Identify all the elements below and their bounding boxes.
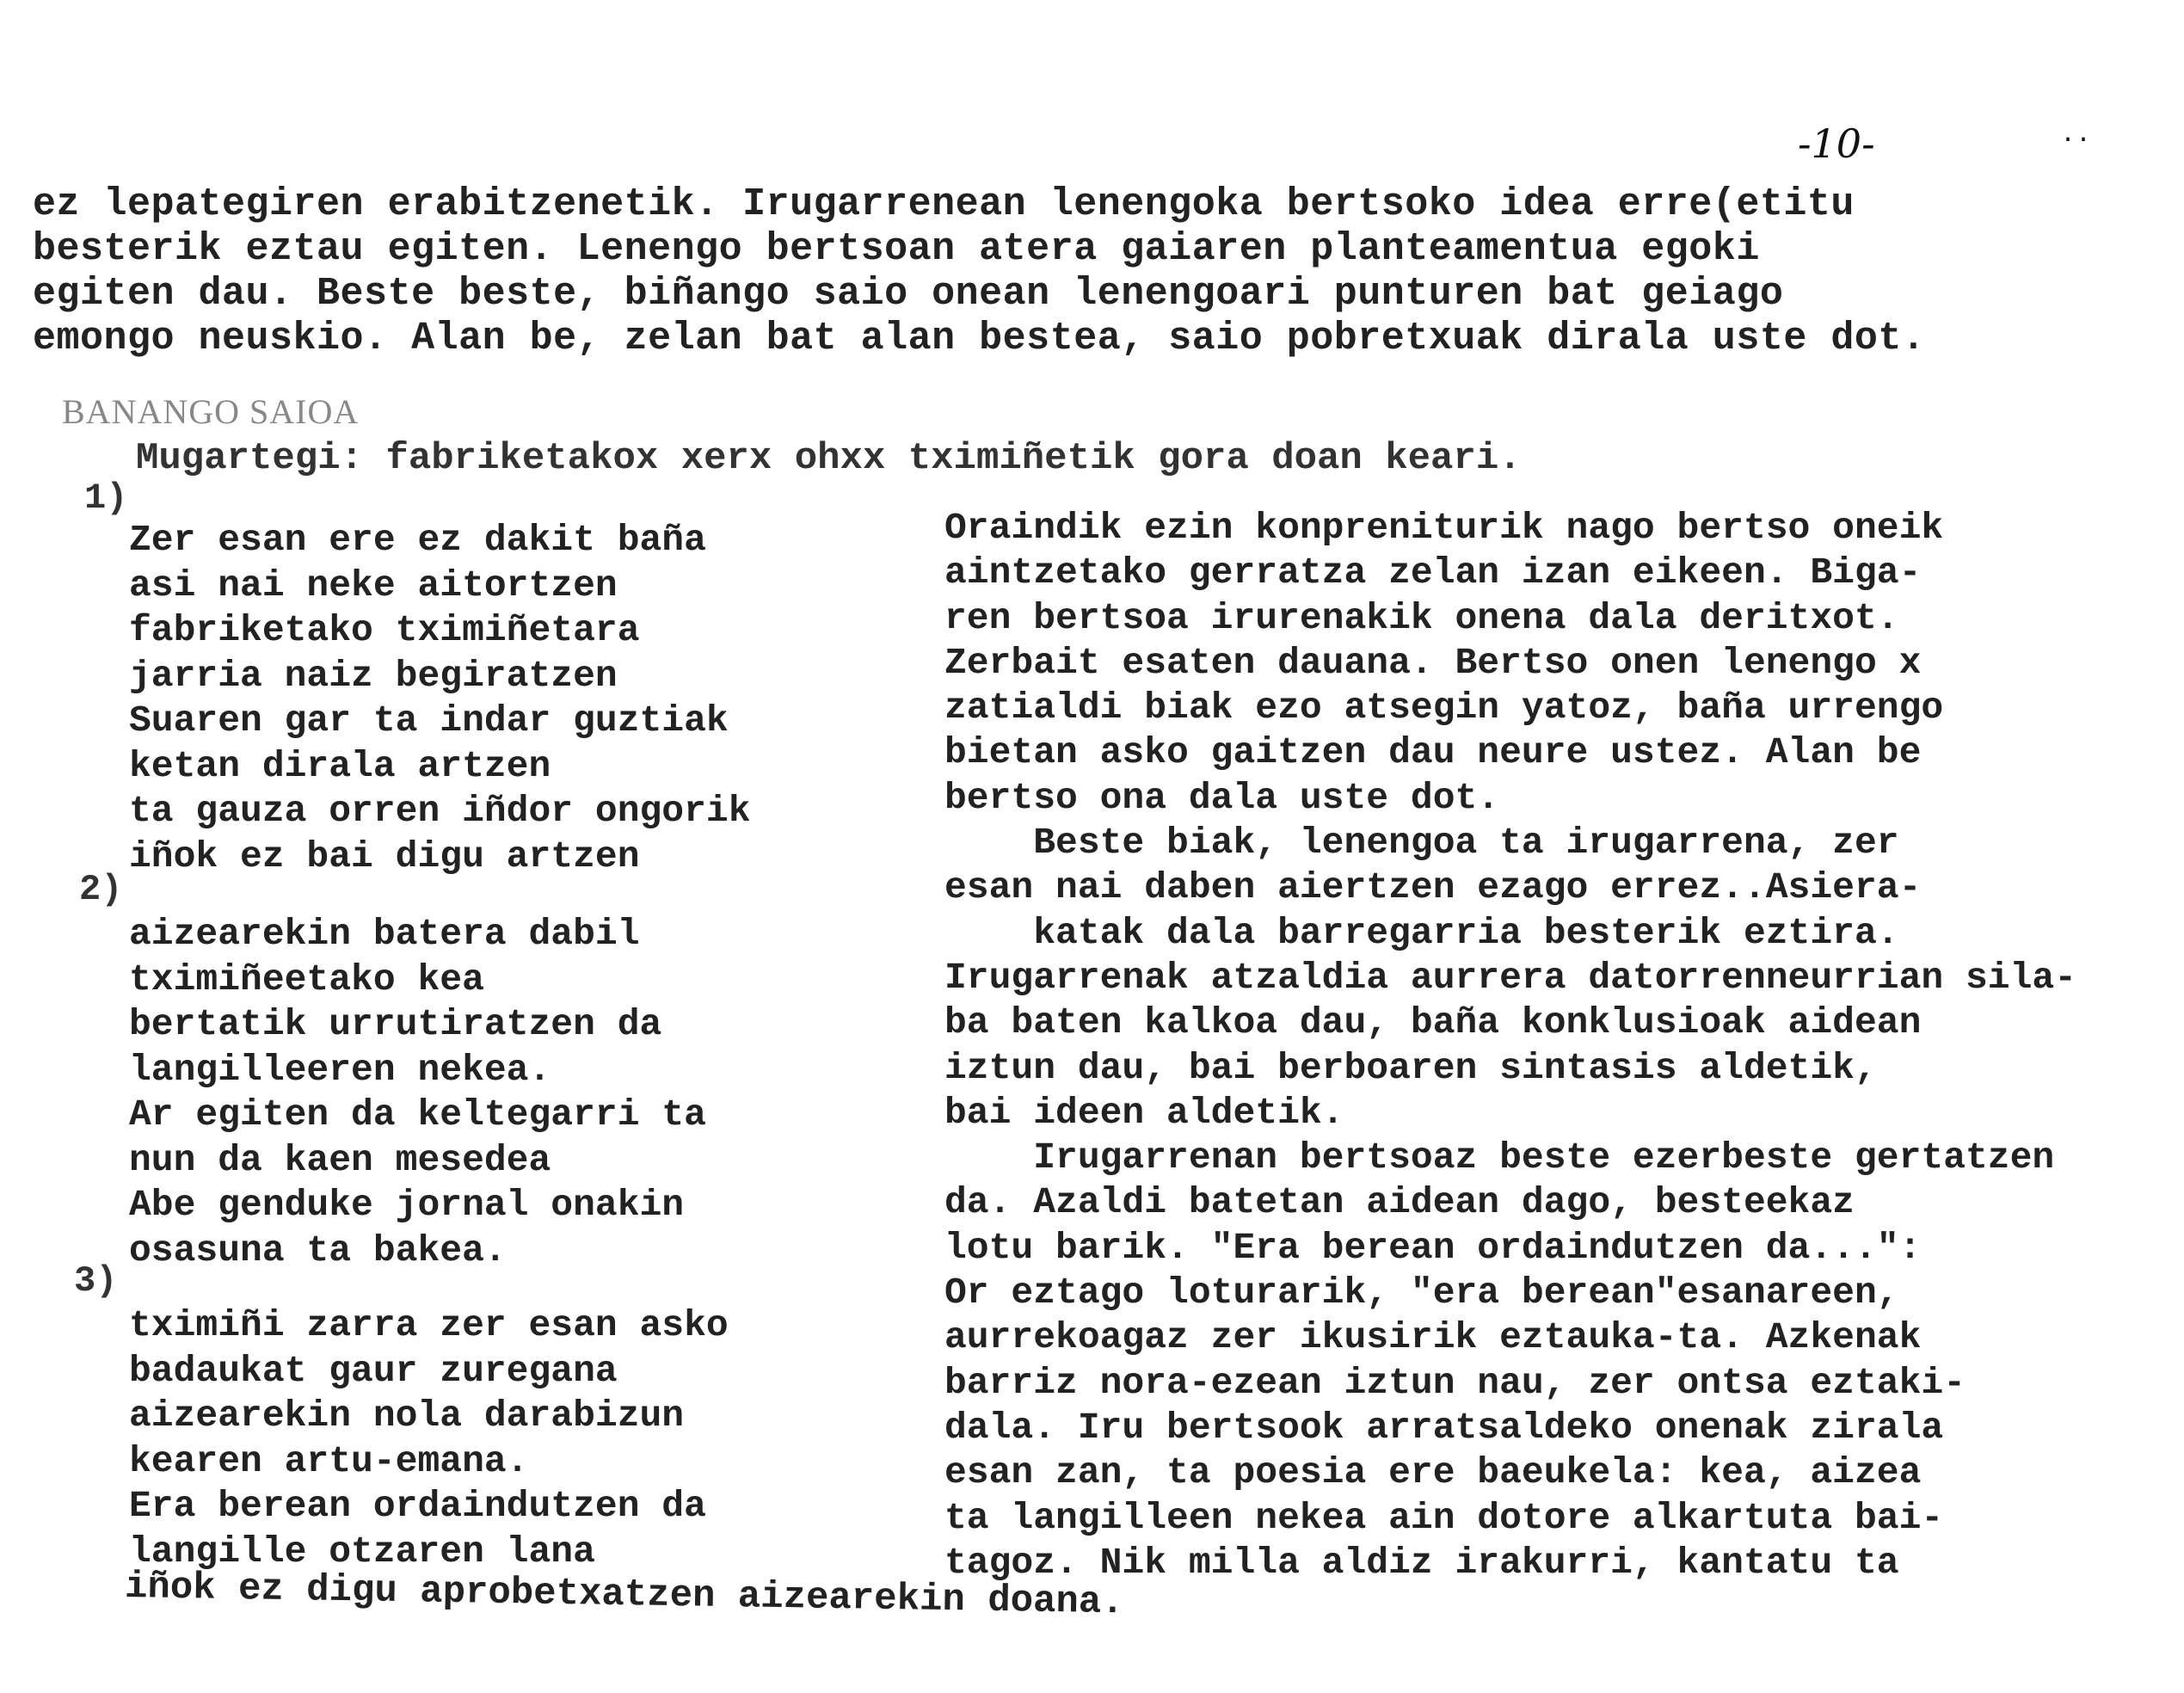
section-heading: BANANGO SAIOA <box>62 391 359 432</box>
verse-line: bertatik urrutiratzen da <box>129 1002 706 1048</box>
verse-line: fabriketako tximiñetara <box>129 608 751 654</box>
commentary-line: Irugarrenan bertsoaz beste ezerbeste ger… <box>944 1136 2166 1180</box>
commentary-line: Oraindik ezin konpreniturik nago bertso … <box>944 506 2166 551</box>
commentary-line: Beste biak, lenengoa ta irugarrena, zer <box>944 821 2166 865</box>
commentary-line: barriz nora-ezean iztun nau, zer ontsa e… <box>944 1361 2166 1406</box>
commentary-line: bietan asko gaitzen dau neure ustez. Ala… <box>944 730 2166 775</box>
stanza-number: 1) <box>84 477 127 519</box>
commentary-line: esan zan, ta poesia ere baeukela: kea, a… <box>944 1450 2166 1495</box>
commentary-line: aintzetako gerratza zelan izan eikeen. B… <box>944 551 2166 595</box>
verse-line: aizearekin nola darabizun <box>129 1394 729 1439</box>
verse-line: osasuna ta bakea. <box>129 1228 706 1274</box>
verse-line: Ar egiten da keltegarri ta <box>129 1093 706 1138</box>
commentary-line: esan nai daben aiertzen ezago errez..Asi… <box>944 865 2166 910</box>
intro-paragraph: ez lepategiren erabitzenetik. Irugarrene… <box>33 182 2166 361</box>
verse-line: nun da kaen mesedea <box>129 1138 706 1184</box>
intro-line: egiten dau. Beste beste, biñango saio on… <box>33 272 2166 317</box>
stanza-2: aizearekin batera dabil tximiñeetako kea… <box>129 912 706 1273</box>
commentary-line: Zerbait esaten dauana. Bertso onen lenen… <box>944 641 2166 686</box>
stanza-3: tximiñi zarra zer esan asko badaukat gau… <box>129 1303 729 1574</box>
commentary-line: ren bertsoa irurenakik onena dala deritx… <box>944 596 2166 641</box>
commentary-line: ba baten kalkoa dau, baña konklusioak ai… <box>944 1000 2166 1045</box>
verse-line: jarria naiz begiratzen <box>129 654 751 699</box>
verse-line: Suaren gar ta indar guztiak <box>129 699 751 744</box>
commentary-line: bertso ona dala uste dot. <box>944 776 2166 821</box>
commentary-line: lotu barik. "Era berean ordaindutzen da.… <box>944 1226 2166 1271</box>
verse-line: asi nai neke aitortzen <box>129 563 751 609</box>
verse-line: ketan dirala artzen <box>129 744 751 790</box>
intro-line: ez lepategiren erabitzenetik. Irugarrene… <box>33 182 2166 227</box>
intro-line: besterik eztau egiten. Lenengo bertsoan … <box>33 227 2166 272</box>
commentary-line: katak dala barregarria besterik eztira. <box>944 911 2166 956</box>
verse-line: Abe genduke jornal onakin <box>129 1183 706 1228</box>
commentary-line: zatialdi biak ezo atsegin yatoz, baña ur… <box>944 686 2166 730</box>
intro-line: emongo neuskio. Alan be, zelan bat alan … <box>33 317 2166 361</box>
verse-line: badaukat gaur zuregana <box>129 1349 729 1394</box>
page-marks: .. <box>2060 120 2091 150</box>
commentary-line: aurrekoagaz zer ikusirik eztauka-ta. Azk… <box>944 1315 2166 1360</box>
commentary-line: Or eztago loturarik, "era berean"esanare… <box>944 1271 2166 1315</box>
verse-line: iñok ez bai digu artzen <box>129 834 751 880</box>
commentary-line: bai ideen aldetik. <box>944 1091 2166 1136</box>
verse-line: Zer esan ere ez dakit baña <box>129 518 751 563</box>
verse-line: tximiñeetako kea <box>129 957 706 1003</box>
commentary-line: tagoz. Nik milla aldiz irakurri, kantatu… <box>944 1541 2166 1585</box>
stanza-number: 3) <box>74 1260 117 1302</box>
verse-line: Era berean ordaindutzen da <box>129 1484 729 1530</box>
verse-line: ta gauza orren iñdor ongorik <box>129 789 751 834</box>
commentary-line: iztun dau, bai berboaren sintasis aldeti… <box>944 1046 2166 1091</box>
commentary-line: ta langilleen nekea ain dotore alkartuta… <box>944 1496 2166 1541</box>
commentary-line: dala. Iru bertsook arratsaldeko onenak z… <box>944 1406 2166 1450</box>
verse-line: langilleeren nekea. <box>129 1048 706 1093</box>
verse-line: tximiñi zarra zer esan asko <box>129 1303 729 1349</box>
commentary-line: Irugarrenak atzaldia aurrera datorrenneu… <box>944 956 2166 1000</box>
commentary-column: Oraindik ezin konpreniturik nago bertso … <box>944 506 2166 1585</box>
stanza-1: Zer esan ere ez dakit baña asi nai neke … <box>129 518 751 879</box>
verse-line: kearen artu-emana. <box>129 1439 729 1485</box>
verse-line: aizearekin batera dabil <box>129 912 706 957</box>
commentary-line: da. Azaldi batetan aidean dago, besteeka… <box>944 1180 2166 1225</box>
page-number: -10- <box>1798 120 1875 167</box>
stanza-number: 2) <box>79 869 122 910</box>
poem-subtitle: Mugartegi: fabriketakox xerx ohxx tximiñ… <box>136 437 1522 480</box>
